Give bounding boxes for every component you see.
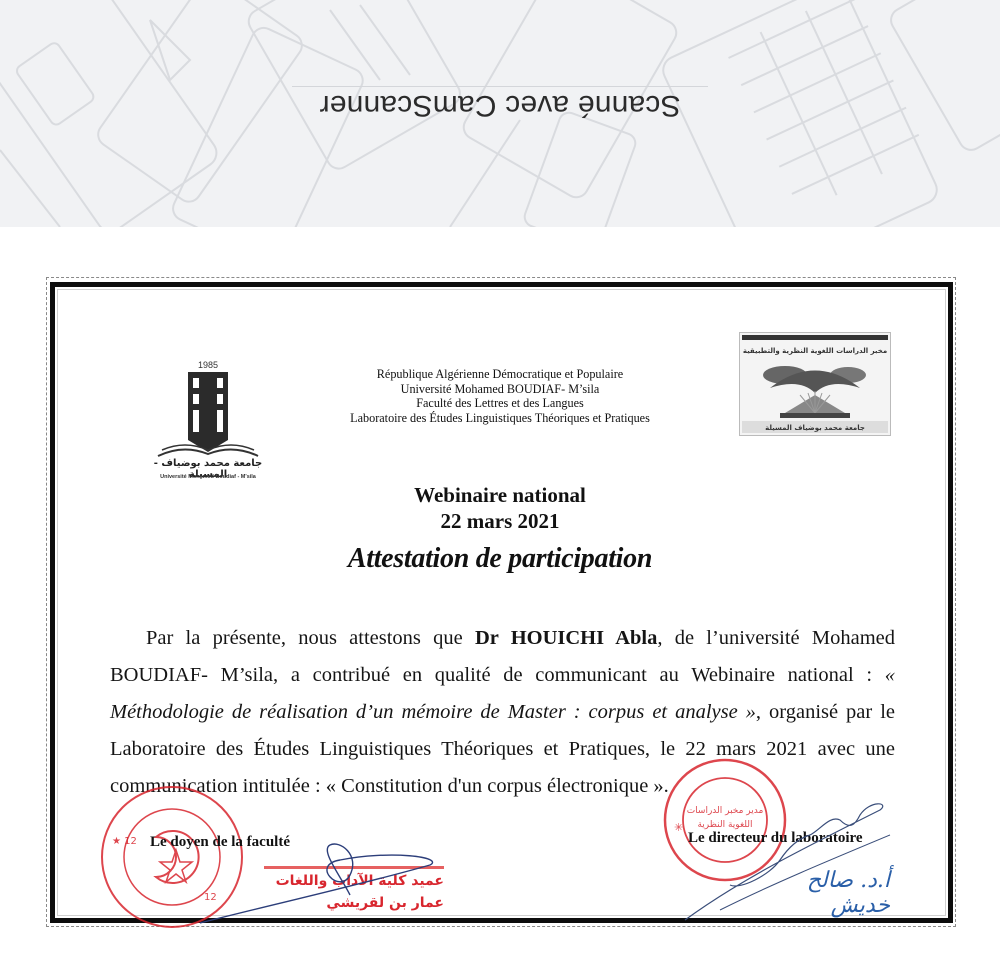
institution-line: Université Mohamed BOUDIAF- M’sila — [300, 382, 700, 397]
logo-year: 1985 — [138, 360, 278, 370]
svg-text:✳: ✳ — [674, 822, 683, 834]
watermark-text: Scanné avec CamScanner — [0, 88, 1000, 122]
event-date: 22 mars 2021 — [300, 508, 700, 534]
event-heading: Webinaire national 22 mars 2021 — [300, 482, 700, 534]
stamp-rule — [264, 866, 444, 869]
lab-logo-bottom-text: جامعة محمد بوضياف المسيلة — [765, 424, 865, 432]
institution-line: République Algérienne Démocratique et Po… — [300, 367, 700, 382]
dean-signature-label: Le doyen de la faculté — [150, 834, 290, 851]
institution-line: Faculté des Lettres et des Langues — [300, 396, 700, 411]
director-signature-label: Le directeur du laboratoire — [688, 830, 863, 847]
event-title: Webinaire national — [300, 482, 700, 508]
institution-header: République Algérienne Démocratique et Po… — [300, 367, 700, 425]
laboratory-stamp: مدير مخبر الدراسات اللغوية النظرية ✳ — [660, 755, 790, 885]
dean-stamp-name: عمار بن لقريشي — [264, 892, 444, 914]
university-logo: 1985 جامعة محمد بوضياف - المسيلة Univers… — [138, 358, 278, 488]
director-handwritten-name: أ.د. صالح خديش — [760, 868, 890, 918]
logo-latin-name: Université Mohamed Boudiaf - M'sila — [138, 474, 278, 480]
lab-emblem-icon: مخبر الدراسات اللغوية النظرية والتطبيقية… — [740, 333, 890, 435]
tower-book-icon — [138, 370, 278, 470]
banner-divider — [292, 86, 708, 87]
svg-text:12: 12 — [204, 892, 217, 903]
dean-stamp-text: عميد كلية الآداب واللغات عمار بن لقريشي — [264, 866, 444, 914]
svg-text:اللغوية النظرية: اللغوية النظرية — [697, 820, 752, 830]
certificate-title: Attestation de participation — [250, 543, 750, 575]
faculty-stamp: ★ 12 12 — [98, 782, 246, 932]
lab-logo-top-text: مخبر الدراسات اللغوية النظرية والتطبيقية — [743, 347, 887, 355]
dean-stamp-title: عميد كلية الآداب واللغات — [264, 870, 444, 892]
camscanner-banner: Scanné avec CamScanner — [0, 0, 1000, 227]
laboratory-logo: مخبر الدراسات اللغوية النظرية والتطبيقية… — [739, 332, 891, 436]
institution-line: Laboratoire des Études Linguistiques Thé… — [300, 411, 700, 426]
svg-text:مدير مخبر الدراسات: مدير مخبر الدراسات — [687, 806, 764, 816]
svg-text:★ 12: ★ 12 — [112, 836, 137, 847]
participant-name: Dr HOUICHI Abla — [475, 627, 657, 649]
body-intro: Par la présente, nous attestons que — [146, 627, 475, 649]
